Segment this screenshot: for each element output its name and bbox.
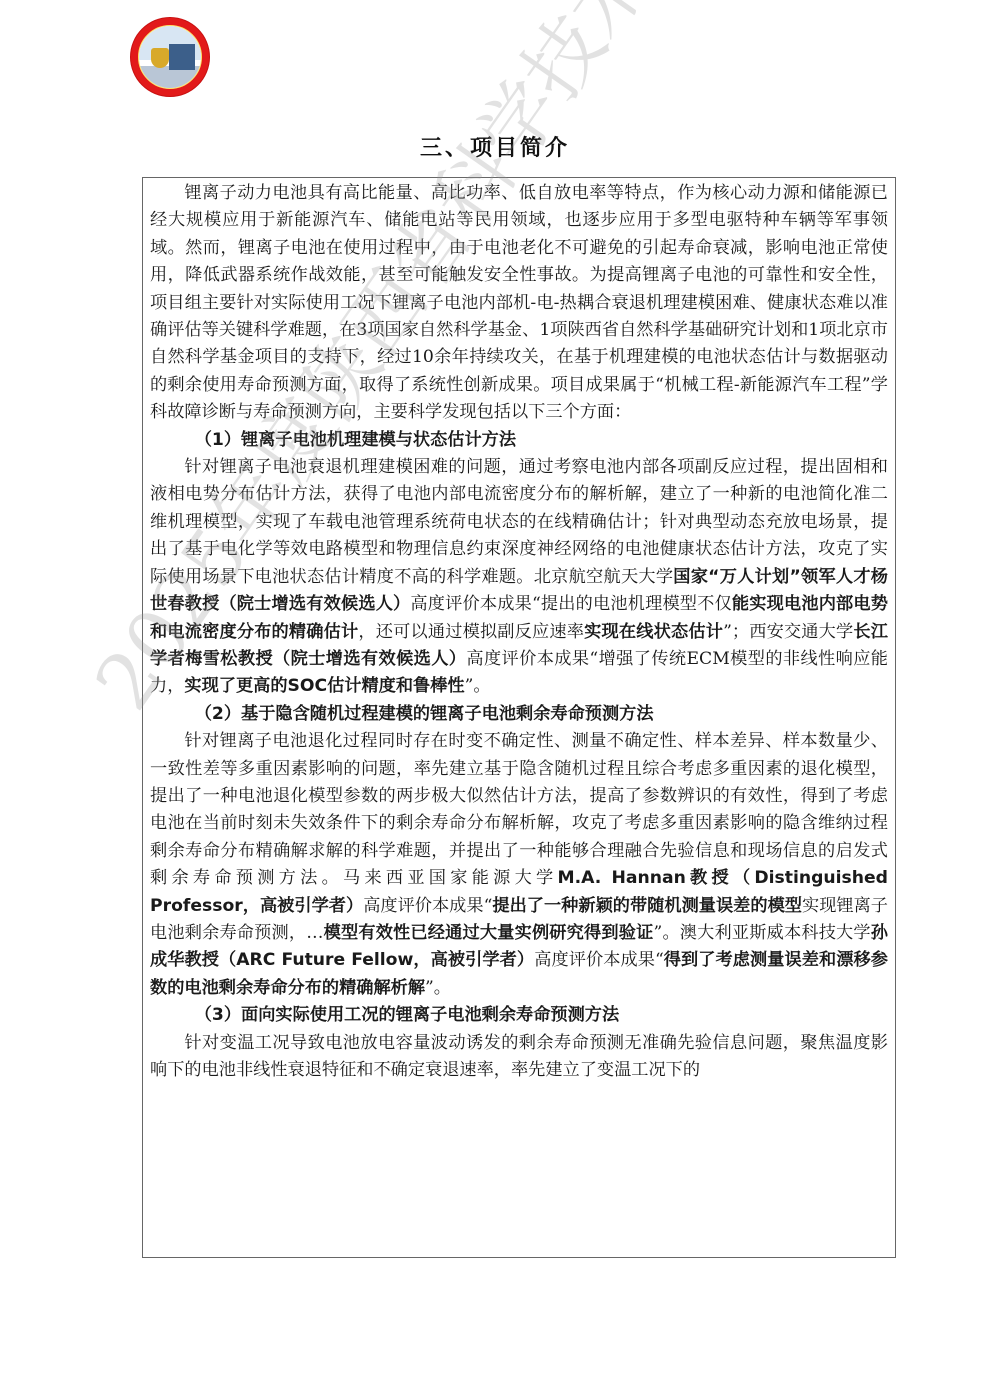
emphasis-text: 实现了更高的SOC估计精度和鲁棒性 [184,676,464,696]
body-text: 针对锂离子电池退化过程同时存在时变不确定性、测量不确定性、样本差异、样本数量少、… [150,731,888,888]
project-summary: 锂离子动力电池具有高比能量、高比功率、低自放电率等特点，作为核心动力源和储能源已… [150,180,888,1084]
emphasis-text: 实现在线状态估计 [584,622,723,642]
section-paragraph-3: 针对变温工况导致电池放电容量波动诱发的剩余寿命预测无准确先验信息问题，聚焦温度影… [150,1030,888,1085]
section-paragraph-1: 针对锂离子电池衰退机理建模困难的问题，通过考察电池内部各项副反应过程，提出固相和… [150,454,888,701]
seal-logo [131,18,209,96]
body-text: ”。澳大利亚斯威本科技大学 [653,923,870,943]
body-text: ”；西安交通大学 [723,622,853,642]
trophy-icon [151,48,169,68]
section-title: 三、项目简介 [0,131,990,162]
intro-paragraph: 锂离子动力电池具有高比能量、高比功率、低自放电率等特点，作为核心动力源和储能源已… [150,180,888,427]
body-text: 高度评价本成果“提出的电池机理模型不仅 [410,594,731,614]
emphasis-text: 模型有效性已经通过大量实例研究得到验证 [323,923,653,943]
body-text: ”。 [425,978,451,998]
section-heading-2: （2）基于隐含随机过程建模的锂离子电池剩余寿命预测方法 [150,701,888,728]
section-heading-3: （3）面向实际使用工况的锂离子电池剩余寿命预测方法 [150,1002,888,1029]
body-text: 高度评价本成果“ [534,950,664,970]
emphasis-text: 提出了一种新颖的带随机测量误差的模型 [492,896,802,916]
body-text: ”。 [465,676,491,696]
body-text: ，还可以通过模拟副反应速率 [358,622,584,642]
seal-emblem [138,25,202,89]
building-icon [169,44,195,70]
section-paragraph-2: 针对锂离子电池退化过程同时存在时变不确定性、测量不确定性、样本差异、样本数量少、… [150,728,888,1002]
section-heading-1: （1）锂离子电池机理建模与状态估计方法 [150,427,888,454]
body-text: 高度评价本成果“ [363,896,492,916]
body-text: 针对变温工况导致电池放电容量波动诱发的剩余寿命预测无准确先验信息问题，聚焦温度影… [150,1033,888,1080]
